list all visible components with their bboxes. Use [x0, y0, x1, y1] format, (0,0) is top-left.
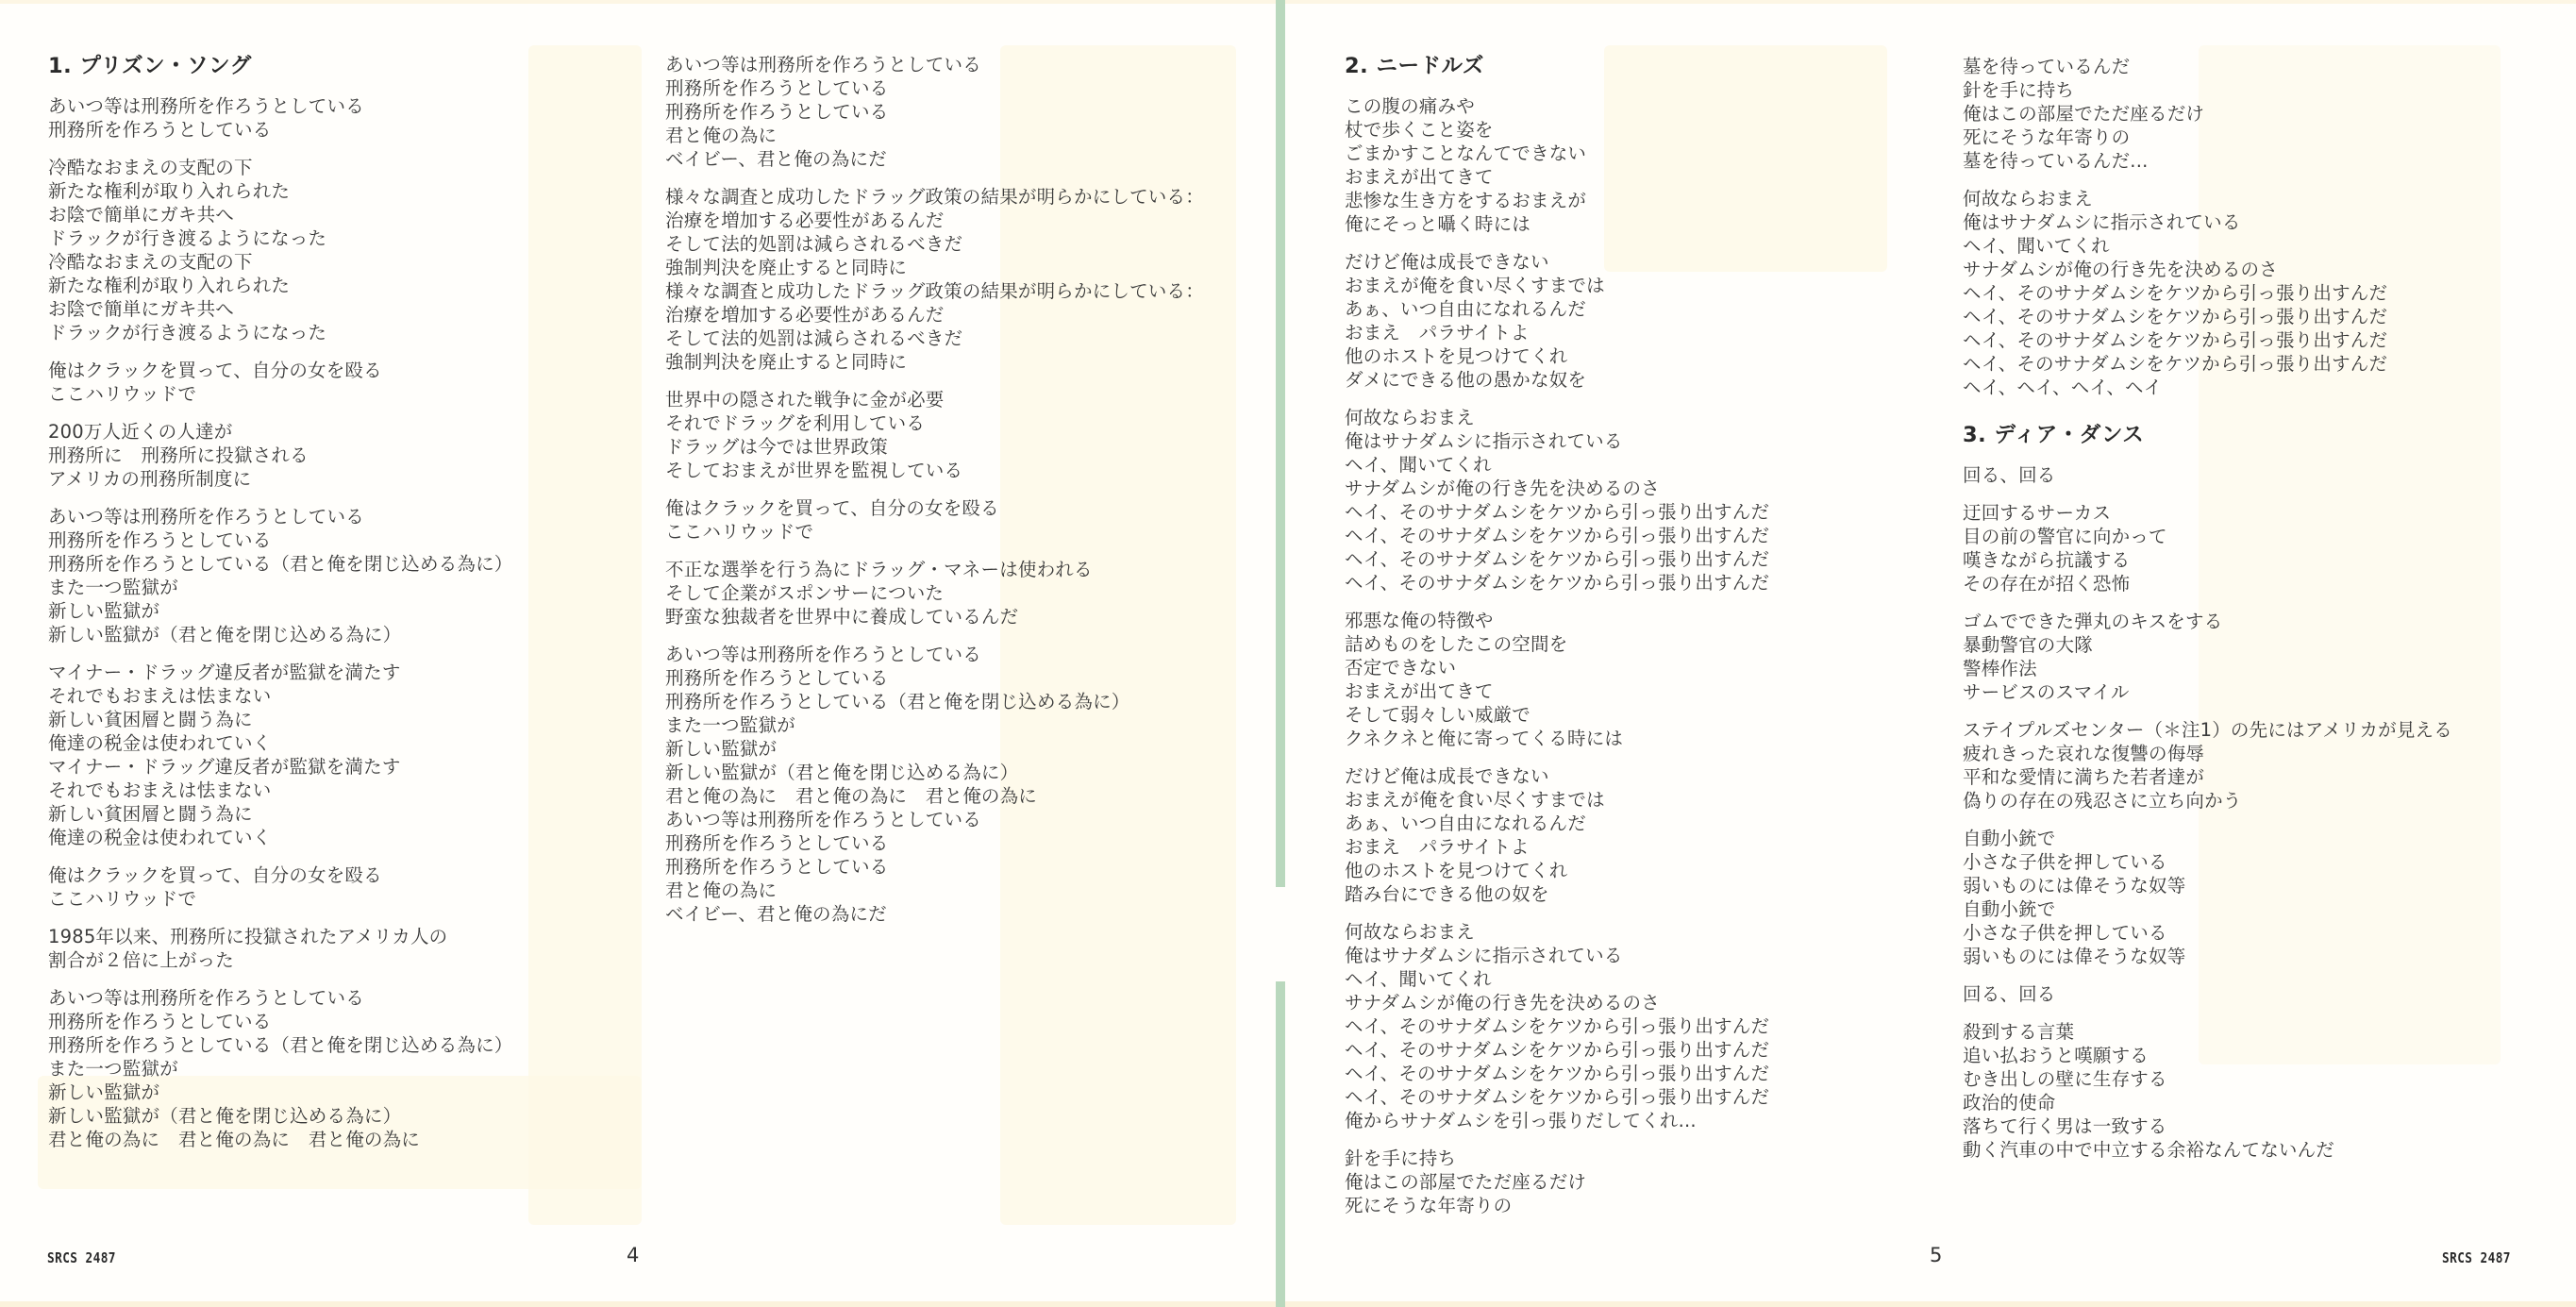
lyric-line: この腹の痛みや	[1345, 94, 1769, 118]
lyric-line: そして法的処罰は減らされるべきだ	[665, 232, 1204, 256]
lyric-line: あいつ等は刑務所を作ろうとしている	[48, 986, 513, 1010]
lyric-line: そして法的処罰は減らされるべきだ	[665, 327, 1204, 350]
lyric-line: ヘイ、ヘイ、ヘイ、ヘイ	[1963, 376, 2452, 399]
lyric-line: 弱いものには偉そうな奴等	[1963, 945, 2452, 968]
lyric-line: ドラックが行き渡るようになった	[48, 226, 513, 250]
lyric-line: また一つ監獄が	[48, 1057, 513, 1081]
lyric-line: 強制判決を廃止すると同時に	[665, 350, 1204, 374]
lyric-line: 墓を待っているんだ	[1963, 55, 2452, 78]
stanza-list: あいつ等は刑務所を作ろうとしている刑務所を作ろうとしている冷酷なおまえの支配の下…	[48, 94, 513, 1151]
song-title: 3. ディア・ダンス	[1963, 422, 2452, 448]
lyric-line: 針を手に持ち	[1963, 78, 2452, 102]
right-page: 2. ニードルズ この腹の痛みや杖で歩くこと姿をごまかすことなんてできないおまえ…	[1285, 0, 2576, 1307]
lyric-line: 俺はこの部屋でただ座るだけ	[1963, 102, 2452, 126]
lyric-line: 何故ならおまえ	[1345, 406, 1769, 429]
lyric-line: 様々な調査と成功したドラッグ政策の結果が明らかにしている：	[665, 185, 1204, 209]
stanza: 墓を待っているんだ針を手に持ち俺はこの部屋でただ座るだけ死にそうな年寄りの墓を待…	[1963, 55, 2452, 173]
lyric-line: ここハリウッドで	[48, 382, 513, 406]
lyric-line: おまえが俺を食い尽くすまでは	[1345, 274, 1769, 297]
lyric-line: 俺はクラックを買って、自分の女を殴る	[48, 359, 513, 382]
stanza: 冷酷なおまえの支配の下新たな権利が取り入れられたお陰で簡単にガキ共へドラックが行…	[48, 156, 513, 344]
lyrics-column-1: 1. プリズン・ソング あいつ等は刑務所を作ろうとしている刑務所を作ろうとしてい…	[48, 53, 513, 1165]
lyric-line: 俺はクラックを買って、自分の女を殴る	[665, 496, 1204, 520]
lyric-line: ヘイ、そのサナダムシをケツから引っ張り出すんだ	[1963, 352, 2452, 376]
lyric-line: 針を手に持ち	[1345, 1147, 1769, 1170]
stanza: あいつ等は刑務所を作ろうとしている刑務所を作ろうとしている刑務所を作ろうとしてい…	[48, 505, 513, 646]
stanza: あいつ等は刑務所を作ろうとしている刑務所を作ろうとしている刑務所を作ろうとしてい…	[665, 53, 1204, 171]
lyric-line: そして弱々しい威厳で	[1345, 703, 1769, 727]
lyric-line: 俺はクラックを買って、自分の女を殴る	[48, 863, 513, 887]
catalog-code: SRCS 2487	[47, 1249, 116, 1266]
lyric-line: ヘイ、そのサナダムシをケツから引っ張り出すんだ	[1963, 305, 2452, 328]
song-title: 1. プリズン・ソング	[48, 53, 513, 79]
lyric-line: ヘイ、そのサナダムシをケツから引っ張り出すんだ	[1345, 500, 1769, 524]
stanza: 様々な調査と成功したドラッグ政策の結果が明らかにしている：治療を増加する必要性が…	[665, 185, 1204, 374]
lyric-line: ダメにできる他の愚かな奴を	[1345, 368, 1769, 392]
lyric-line: 新しい監獄が（君と俺を閉じ込める為に）	[665, 761, 1204, 784]
lyric-line: ステイプルズセンター（＊注1）の先にはアメリカが見える	[1963, 718, 2452, 742]
lyric-line: ヘイ、そのサナダムシをケツから引っ張り出すんだ	[1345, 1014, 1769, 1038]
lyric-line: 目の前の警官に向かって	[1963, 525, 2452, 548]
stanza: 世界中の隠された戦争に金が必要それでドラッグを利用しているドラッグは今では世界政…	[665, 388, 1204, 482]
lyric-line: あぁ、いつ自由になれるんだ	[1345, 297, 1769, 321]
lyric-line: 世界中の隠された戦争に金が必要	[665, 388, 1204, 411]
lyric-line: アメリカの刑務所制度に	[48, 467, 513, 491]
lyric-line: 俺からサナダムシを引っ張りだしてくれ...	[1345, 1109, 1769, 1132]
lyric-line: 詰めものをしたこの空間を	[1345, 632, 1769, 656]
lyric-line: 君と俺の為に 君と俺の為に 君と俺の為に	[48, 1128, 513, 1151]
lyric-line: 回る、回る	[1963, 982, 2452, 1006]
lyric-line: だけど俺は成長できない	[1345, 250, 1769, 274]
lyric-line: ごまかすことなんてできない	[1345, 142, 1769, 165]
lyric-line: 野蛮な独裁者を世界中に養成しているんだ	[665, 605, 1204, 628]
lyric-line: ヘイ、そのサナダムシをケツから引っ張り出すんだ	[1963, 328, 2452, 352]
lyric-line: 俺はサナダムシに指示されている	[1963, 210, 2452, 234]
stanza-list: あいつ等は刑務所を作ろうとしている刑務所を作ろうとしている刑務所を作ろうとしてい…	[665, 53, 1204, 926]
lyric-line: ヘイ、聞いてくれ	[1345, 967, 1769, 991]
lyric-line: また一つ監獄が	[48, 576, 513, 599]
stanza: 何故ならおまえ俺はサナダムシに指示されているヘイ、聞いてくれサナダムシが俺の行き…	[1345, 920, 1769, 1132]
lyric-line: 新しい監獄が	[48, 599, 513, 623]
lyric-line: ヘイ、そのサナダムシをケツから引っ張り出すんだ	[1345, 547, 1769, 571]
lyric-line: 刑務所を作ろうとしている	[48, 528, 513, 552]
lyric-line: 墓を待っているんだ...	[1963, 149, 2452, 173]
lyric-line: 警棒作法	[1963, 657, 2452, 680]
lyric-line: 動く汽車の中で中立する余裕なんてないんだ	[1963, 1138, 2452, 1162]
lyric-line: 死にそうな年寄りの	[1963, 126, 2452, 149]
lyric-line: 小さな子供を押している	[1963, 850, 2452, 874]
lyric-line: サナダムシが俺の行き先を決めるのさ	[1963, 258, 2452, 281]
lyric-line: それでもおまえは怯まない	[48, 684, 513, 708]
stanza: 邪悪な俺の特徴や詰めものをしたこの空間を否定できないおまえが出てきてそして弱々し…	[1345, 609, 1769, 750]
lyric-line: 弱いものには偉そうな奴等	[1963, 874, 2452, 897]
lyric-line: 君と俺の為に 君と俺の為に 君と俺の為に	[665, 784, 1204, 808]
lyric-line: 追い払おうと嘆願する	[1963, 1044, 2452, 1067]
lyric-line: サナダムシが俺の行き先を決めるのさ	[1345, 477, 1769, 500]
stanza-list: 回る、回る迂回するサーカス目の前の警官に向かって嘆きながら抗議するその存在が招く…	[1963, 463, 2452, 1162]
lyric-line: おまえが出てきて	[1345, 165, 1769, 189]
lyric-line: 何故ならおまえ	[1963, 187, 2452, 210]
lyric-line: ヘイ、そのサナダムシをケツから引っ張り出すんだ	[1345, 1038, 1769, 1062]
stanza: 殺到する言葉追い払おうと嘆願するむき出しの壁に生存する政治的使命落ちて行く男は一…	[1963, 1020, 2452, 1162]
lyric-line: ヘイ、そのサナダムシをケツから引っ張り出すんだ	[1345, 524, 1769, 547]
lyric-line: 君と俺の為に	[665, 879, 1204, 902]
page-number: 5	[1930, 1244, 1942, 1266]
lyric-line: マイナー・ドラッグ違反者が監獄を満たす	[48, 661, 513, 684]
lyric-line: 死にそうな年寄りの	[1345, 1194, 1769, 1217]
lyric-line: 冷酷なおまえの支配の下	[48, 156, 513, 179]
song-title: 2. ニードルズ	[1345, 53, 1769, 79]
catalog-code: SRCS 2487	[2442, 1249, 2511, 1266]
stanza: 迂回するサーカス目の前の警官に向かって嘆きながら抗議するその存在が招く恐怖	[1963, 501, 2452, 595]
lyric-line: 新たな権利が取り入れられた	[48, 274, 513, 297]
stanza-list: この腹の痛みや杖で歩くこと姿をごまかすことなんてできないおまえが出てきて悲惨な生…	[1345, 94, 1769, 1217]
stanza: ゴムでできた弾丸のキスをする暴動警官の大隊警棒作法サービスのスマイル	[1963, 610, 2452, 704]
lyric-line: 刑務所を作ろうとしている	[665, 100, 1204, 124]
lyric-line: 冷酷なおまえの支配の下	[48, 250, 513, 274]
lyric-line: 刑務所を作ろうとしている（君と俺を閉じ込める為に）	[665, 690, 1204, 713]
lyric-line: 俺達の税金は使われていく	[48, 826, 513, 849]
lyric-line: 強制判決を廃止すると同時に	[665, 256, 1204, 279]
lyric-line: ヘイ、そのサナダムシをケツから引っ張り出すんだ	[1963, 281, 2452, 305]
lyric-line: 刑務所を作ろうとしている	[665, 855, 1204, 879]
lyric-line: 刑務所を作ろうとしている	[48, 118, 513, 142]
lyric-line: お陰で簡単にガキ共へ	[48, 203, 513, 226]
stanza: 何故ならおまえ俺はサナダムシに指示されているヘイ、聞いてくれサナダムシが俺の行き…	[1345, 406, 1769, 595]
lyric-line: あいつ等は刑務所を作ろうとしている	[48, 505, 513, 528]
lyric-line: 様々な調査と成功したドラッグ政策の結果が明らかにしている：	[665, 279, 1204, 303]
lyric-line: おまえ パラサイトよ	[1345, 835, 1769, 859]
stanza: マイナー・ドラッグ違反者が監獄を満たすそれでもおまえは怯まない新しい貧困層と闘う…	[48, 661, 513, 849]
stanza: 何故ならおまえ俺はサナダムシに指示されているヘイ、聞いてくれサナダムシが俺の行き…	[1963, 187, 2452, 399]
left-page: 1. プリズン・ソング あいつ等は刑務所を作ろうとしている刑務所を作ろうとしてい…	[0, 0, 1279, 1307]
stanza: 自動小銃で小さな子供を押している弱いものには偉そうな奴等自動小銃で小さな子供を押…	[1963, 827, 2452, 968]
stanza: 不正な選挙を行う為にドラッグ・マネーは使われるそして企業がスポンサーについた野蛮…	[665, 558, 1204, 628]
lyric-line: 回る、回る	[1963, 463, 2452, 487]
lyric-line: 不正な選挙を行う為にドラッグ・マネーは使われる	[665, 558, 1204, 581]
lyric-line: 踏み台にできる他の奴を	[1345, 882, 1769, 906]
lyric-line: その存在が招く恐怖	[1963, 572, 2452, 595]
lyric-line: ここハリウッドで	[665, 520, 1204, 544]
lyric-line: 他のホストを見つけてくれ	[1345, 344, 1769, 368]
stanza: だけど俺は成長できないおまえが俺を食い尽くすまではあぁ、いつ自由になれるんだおま…	[1345, 764, 1769, 906]
lyric-line: 邪悪な俺の特徴や	[1345, 609, 1769, 632]
stanza: 200万人近くの人達が刑務所に 刑務所に投獄されるアメリカの刑務所制度に	[48, 420, 513, 491]
lyric-line: 悲惨な生き方をするおまえが	[1345, 189, 1769, 212]
stanza: 回る、回る	[1963, 463, 2452, 487]
lyric-line: クネクネと俺に寄ってくる時には	[1345, 727, 1769, 750]
lyric-line: 1985年以来、刑務所に投獄されたアメリカ人の	[48, 925, 513, 948]
lyric-line: だけど俺は成長できない	[1345, 764, 1769, 788]
lyric-line: 刑務所を作ろうとしている（君と俺を閉じ込める為に）	[48, 1033, 513, 1057]
lyrics-column-4: 墓を待っているんだ針を手に持ち俺はこの部屋でただ座るだけ死にそうな年寄りの墓を待…	[1963, 55, 2452, 1176]
lyric-line: ヘイ、そのサナダムシをケツから引っ張り出すんだ	[1345, 1085, 1769, 1109]
lyric-line: あいつ等は刑務所を作ろうとしている	[665, 643, 1204, 666]
lyric-line: ヘイ、聞いてくれ	[1963, 234, 2452, 258]
lyric-line: 刑務所を作ろうとしている	[665, 666, 1204, 690]
lyric-line: 否定できない	[1345, 656, 1769, 679]
lyric-line: 自動小銃で	[1963, 827, 2452, 850]
stanza: 俺はクラックを買って、自分の女を殴るここハリウッドで	[48, 359, 513, 406]
stanza: 俺はクラックを買って、自分の女を殴るここハリウッドで	[665, 496, 1204, 544]
lyric-line: 他のホストを見つけてくれ	[1345, 859, 1769, 882]
lyric-line: あいつ等は刑務所を作ろうとしている	[48, 94, 513, 118]
lyric-line: 刑務所を作ろうとしている（君と俺を閉じ込める為に）	[48, 552, 513, 576]
lyric-line: ベイビー、君と俺の為にだ	[665, 147, 1204, 171]
lyric-line: 杖で歩くこと姿を	[1345, 118, 1769, 142]
lyric-line: あいつ等は刑務所を作ろうとしている	[665, 808, 1204, 831]
lyric-line: 新しい貧困層と闘う為に	[48, 708, 513, 731]
lyric-line: おまえ パラサイトよ	[1345, 321, 1769, 344]
lyric-line: 小さな子供を押している	[1963, 921, 2452, 945]
lyric-line: 200万人近くの人達が	[48, 420, 513, 444]
lyric-line: 新たな権利が取り入れられた	[48, 179, 513, 203]
lyric-line: あぁ、いつ自由になれるんだ	[1345, 812, 1769, 835]
stanza: ステイプルズセンター（＊注1）の先にはアメリカが見える疲れきった哀れな復讐の侮辱…	[1963, 718, 2452, 813]
lyric-line: ドラックが行き渡るようになった	[48, 321, 513, 344]
lyric-line: また一つ監獄が	[665, 713, 1204, 737]
stanza: 1985年以来、刑務所に投獄されたアメリカ人の割合が２倍に上がった	[48, 925, 513, 972]
lyric-line: お陰で簡単にガキ共へ	[48, 297, 513, 321]
lyric-line: 治療を増加する必要性があるんだ	[665, 303, 1204, 327]
lyric-line: 君と俺の為に	[665, 124, 1204, 147]
page-number: 4	[627, 1244, 639, 1266]
lyric-line: 俺にそっと囁く時には	[1345, 212, 1769, 236]
lyric-line: 刑務所に 刑務所に投獄される	[48, 444, 513, 467]
lyric-line: あいつ等は刑務所を作ろうとしている	[665, 53, 1204, 76]
stanza: 俺はクラックを買って、自分の女を殴るここハリウッドで	[48, 863, 513, 911]
lyric-line: サービスのスマイル	[1963, 680, 2452, 704]
stanza: この腹の痛みや杖で歩くこと姿をごまかすことなんてできないおまえが出てきて悲惨な生…	[1345, 94, 1769, 236]
lyric-line: 疲れきった哀れな復讐の侮辱	[1963, 742, 2452, 765]
lyric-line: 新しい監獄が（君と俺を閉じ込める為に）	[48, 623, 513, 646]
lyric-line: サナダムシが俺の行き先を決めるのさ	[1345, 991, 1769, 1014]
lyric-line: そしておまえが世界を監視している	[665, 459, 1204, 482]
lyric-line: 治療を増加する必要性があるんだ	[665, 209, 1204, 232]
lyric-line: ヘイ、聞いてくれ	[1345, 453, 1769, 477]
lyric-line: ベイビー、君と俺の為にだ	[665, 902, 1204, 926]
stanza: あいつ等は刑務所を作ろうとしている刑務所を作ろうとしている刑務所を作ろうとしてい…	[48, 986, 513, 1151]
lyric-line: 俺はこの部屋でただ座るだけ	[1345, 1170, 1769, 1194]
stanza: 針を手に持ち俺はこの部屋でただ座るだけ死にそうな年寄りの	[1345, 1147, 1769, 1217]
lyric-line: 割合が２倍に上がった	[48, 948, 513, 972]
lyric-line: 刑務所を作ろうとしている	[665, 76, 1204, 100]
lyric-line: そして企業がスポンサーについた	[665, 581, 1204, 605]
lyric-line: おまえが出てきて	[1345, 679, 1769, 703]
lyric-line: 落ちて行く男は一致する	[1963, 1114, 2452, 1138]
lyric-line: 嘆きながら抗議する	[1963, 548, 2452, 572]
lyric-line: 偽りの存在の残忍さに立ち向かう	[1963, 789, 2452, 813]
lyric-line: ヘイ、そのサナダムシをケツから引っ張り出すんだ	[1345, 1062, 1769, 1085]
lyric-line: 俺達の税金は使われていく	[48, 731, 513, 755]
lyric-line: それでドラッグを利用している	[665, 411, 1204, 435]
lyric-line: 迂回するサーカス	[1963, 501, 2452, 525]
lyric-line: 新しい貧困層と闘う為に	[48, 802, 513, 826]
lyric-line: 殺到する言葉	[1963, 1020, 2452, 1044]
lyric-line: 何故ならおまえ	[1345, 920, 1769, 944]
lyric-line: 俺はサナダムシに指示されている	[1345, 944, 1769, 967]
lyric-line: 新しい監獄が	[665, 737, 1204, 761]
stanza: あいつ等は刑務所を作ろうとしている刑務所を作ろうとしている刑務所を作ろうとしてい…	[665, 643, 1204, 926]
stanza: だけど俺は成長できないおまえが俺を食い尽くすまではあぁ、いつ自由になれるんだおま…	[1345, 250, 1769, 392]
lyric-line: 政治的使命	[1963, 1091, 2452, 1114]
lyrics-column-3: 2. ニードルズ この腹の痛みや杖で歩くこと姿をごまかすことなんてできないおまえ…	[1345, 53, 1769, 1232]
lyric-line: 刑務所を作ろうとしている	[48, 1010, 513, 1033]
lyric-line: マイナー・ドラッグ違反者が監獄を満たす	[48, 755, 513, 779]
lyric-line: 俺はサナダムシに指示されている	[1345, 429, 1769, 453]
lyric-line: それでもおまえは怯まない	[48, 779, 513, 802]
lyric-line: 刑務所を作ろうとしている	[665, 831, 1204, 855]
lyric-line: ゴムでできた弾丸のキスをする	[1963, 610, 2452, 633]
lyric-line: 暴動警官の大隊	[1963, 633, 2452, 657]
lyrics-column-2: あいつ等は刑務所を作ろうとしている刑務所を作ろうとしている刑務所を作ろうとしてい…	[665, 53, 1204, 940]
lyric-line: ヘイ、そのサナダムシをケツから引っ張り出すんだ	[1345, 571, 1769, 595]
lyric-line: ドラッグは今では世界政策	[665, 435, 1204, 459]
continued-stanza-list: 墓を待っているんだ針を手に持ち俺はこの部屋でただ座るだけ死にそうな年寄りの墓を待…	[1963, 55, 2452, 399]
lyric-line: 新しい監獄が	[48, 1081, 513, 1104]
lyric-line: 新しい監獄が（君と俺を閉じ込める為に）	[48, 1104, 513, 1128]
lyric-line: ここハリウッドで	[48, 887, 513, 911]
lyric-line: 自動小銃で	[1963, 897, 2452, 921]
lyric-line: むき出しの壁に生存する	[1963, 1067, 2452, 1091]
lyric-line: おまえが俺を食い尽くすまでは	[1345, 788, 1769, 812]
lyric-line: 平和な愛情に満ちた若者達が	[1963, 765, 2452, 789]
stanza: あいつ等は刑務所を作ろうとしている刑務所を作ろうとしている	[48, 94, 513, 142]
stanza: 回る、回る	[1963, 982, 2452, 1006]
